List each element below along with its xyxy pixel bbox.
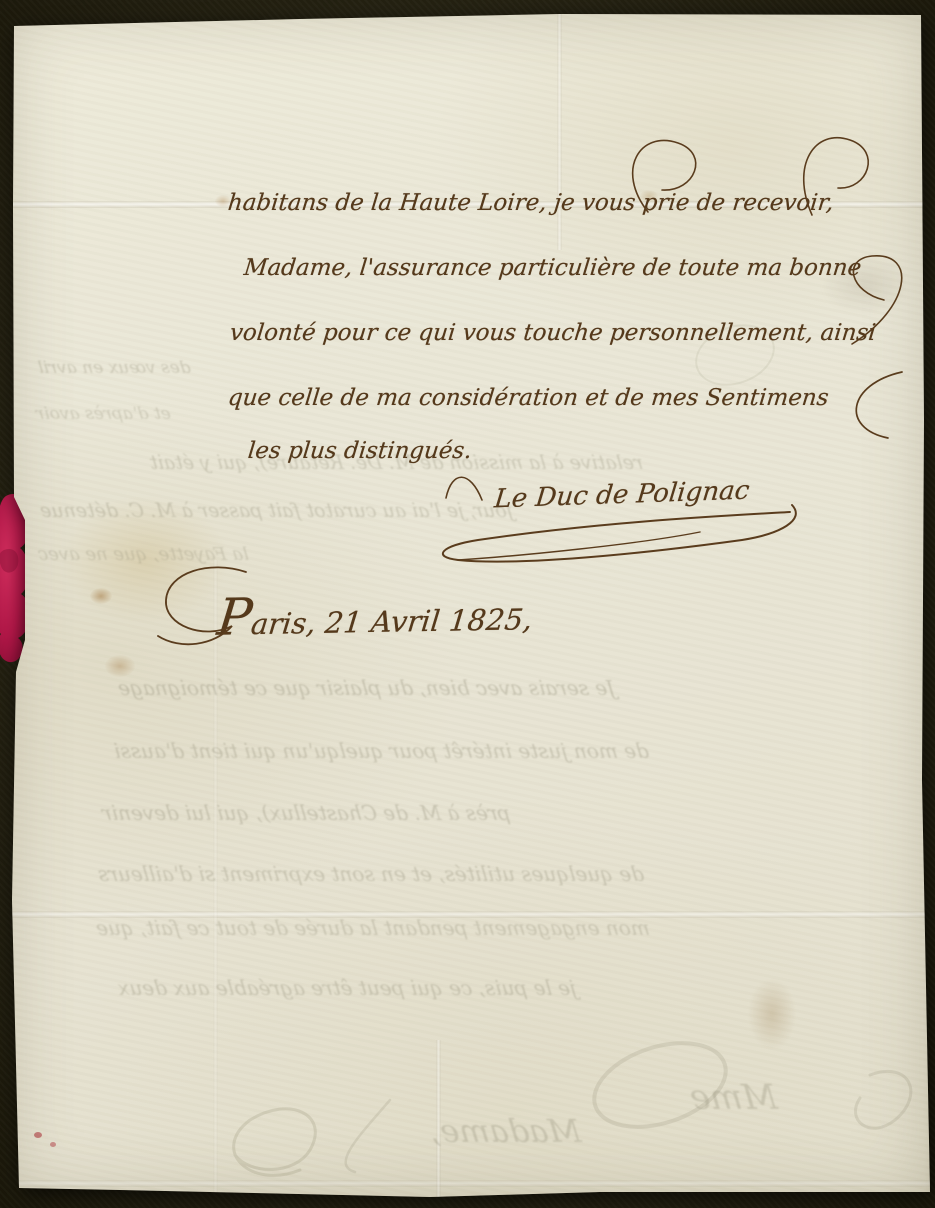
letter-paper: des vœux en avril et d'après avoir relat… [0,0,935,1208]
letter-sheet-wrap: des vœux en avril et d'après avoir relat… [0,0,935,1208]
pen-flourishes [0,0,935,1208]
